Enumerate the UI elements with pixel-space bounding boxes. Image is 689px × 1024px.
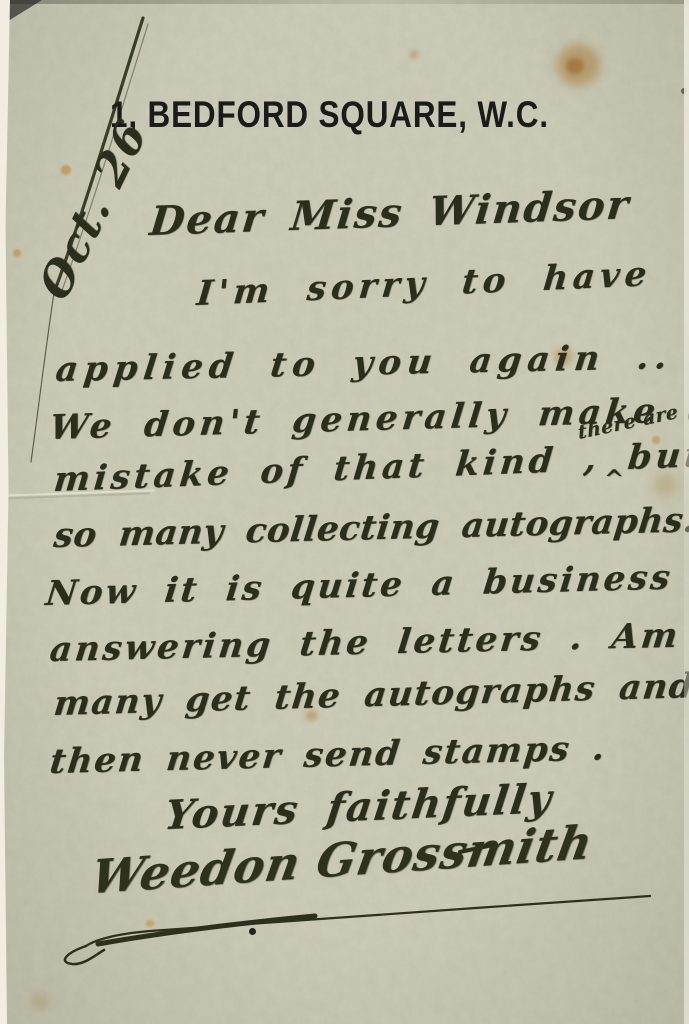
- letter-photo: 1, BEDFORD SQUARE, W.C. Oct. 26 Dear Mis…: [0, 0, 689, 1024]
- insertion-caret-mark: ^: [604, 464, 624, 493]
- letterhead-address: 1, BEDFORD SQUARE, W.C.: [110, 94, 549, 136]
- scan-edge-right: [684, 0, 689, 1024]
- top-edge-shadow: [0, 0, 689, 4]
